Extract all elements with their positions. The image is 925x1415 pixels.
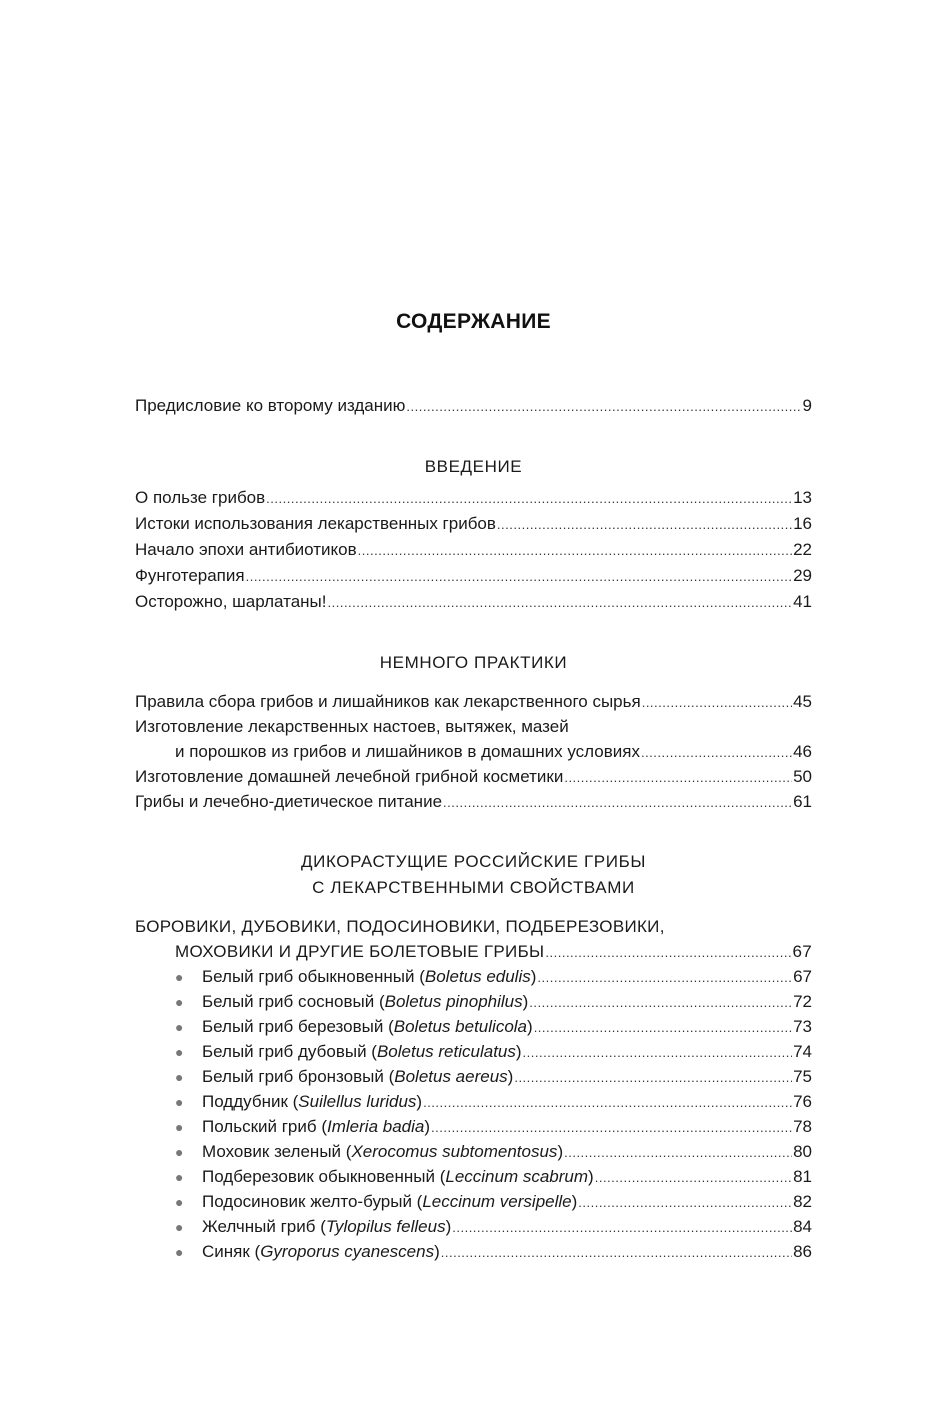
toc-entry-species[interactable]: ●Белый гриб дубовый (Boletus reticulatus… [135,1039,812,1064]
toc-entry-label: ●Синяк (Gyroporus cyanescens) [175,1239,440,1265]
toc-entry-page: 82 [793,1189,812,1214]
toc-entry[interactable]: Истоки использования лекарственных грибо… [135,511,812,536]
toc-entry-species[interactable]: ●Поддубник (Suilellus luridus)76 [135,1089,812,1114]
toc-entry[interactable]: О пользе грибов 13 [135,485,812,510]
species-latin-name: Leccinum scabrum [445,1167,588,1186]
dot-leader [523,1040,793,1065]
toc-entry[interactable]: и порошков из грибов и лишайников в дома… [135,739,812,764]
dot-leader [642,690,792,715]
toc-entry-label: ●Польский гриб (Imleria badia) [175,1114,430,1140]
toc-entry-label: Начало эпохи антибиотиков [135,537,357,562]
bullet-icon: ● [175,965,202,990]
dot-leader [529,990,792,1015]
toc-entry-label: Грибы и лечебно-диетическое питание [135,789,442,814]
toc-entry-page: 75 [793,1064,812,1089]
toc-entry-label: ●Белый гриб бронзовый (Boletus aereus) [175,1064,513,1090]
toc-entry-page: 61 [793,789,812,814]
toc-entry-label: ●Белый гриб обыкновенный (Boletus edulis… [175,964,536,990]
species-latin-name: Gyroporus cyanescens [260,1242,434,1261]
species-latin-name: Imleria badia [327,1117,424,1136]
species-latin-name: Boletus aereus [394,1067,507,1086]
dot-leader [246,564,792,589]
species-latin-name: Suilellus luridus [298,1092,416,1111]
dot-leader [406,394,801,419]
toc-entry-label: ●Белый гриб сосновый (Boletus pinophilus… [175,989,528,1015]
species-name: Подберезовик обыкновенный [202,1167,435,1186]
toc-entry-label: и порошков из грибов и лишайников в дома… [175,739,640,764]
bullet-icon: ● [175,1140,202,1165]
toc-entry-label: ●Поддубник (Suilellus luridus) [175,1089,422,1115]
toc-entry-page: 86 [793,1239,812,1264]
toc-entry-species[interactable]: ●Подберезовик обыкновенный (Leccinum sca… [135,1164,812,1189]
dot-leader [328,590,793,615]
section-heading-wild-line2: С ЛЕКАРСТВЕННЫМИ СВОЙСТВАМИ [135,875,812,901]
species-name: Белый гриб бронзовый [202,1067,384,1086]
toc-entry-group[interactable]: МОХОВИКИ И ДРУГИЕ БОЛЕТОВЫЕ ГРИБЫ 67 [135,939,812,964]
toc-entry-species[interactable]: ●Белый гриб обыкновенный (Boletus edulis… [135,964,812,989]
toc-entry-page: 73 [793,1014,812,1039]
toc-entry-page: 29 [793,563,812,588]
toc-entry-label: Истоки использования лекарственных грибо… [135,511,496,536]
toc-entry-page: 45 [793,689,812,714]
section-heading-intro: ВВЕДЕНИЕ [135,454,812,480]
toc-entry[interactable]: Начало эпохи антибиотиков 22 [135,537,812,562]
toc-entry-species[interactable]: ●Желчный гриб (Tylopilus felleus)84 [135,1214,812,1239]
toc-entry-label: О пользе грибов [135,485,265,510]
bullet-icon: ● [175,1215,202,1240]
toc-entry-label: ●Подосиновик желто-бурый (Leccinum versi… [175,1189,577,1215]
toc-entry-label: Изготовление домашней лечебной грибной к… [135,764,563,789]
toc-entry-page: 16 [793,511,812,536]
toc-entry-species[interactable]: ●Польский гриб (Imleria badia)78 [135,1114,812,1139]
species-name: Поддубник [202,1092,288,1111]
toc-entry-label: ●Моховик зеленый (Xerocomus subtomentosu… [175,1139,563,1165]
species-name: Белый гриб сосновый [202,992,374,1011]
toc-entry-species[interactable]: ●Синяк (Gyroporus cyanescens)86 [135,1239,812,1264]
toc-entry-label: Правила сбора грибов и лишайников как ле… [135,689,641,714]
toc-entry-page: 13 [793,485,812,510]
toc-entry-label: Осторожно, шарлатаны! [135,589,327,614]
toc-entry-label-line1[interactable]: Изготовление лекарственных настоев, вытя… [135,714,569,739]
section-heading-wild-line1: ДИКОРАСТУЩИЕ РОССИЙСКИЕ ГРИБЫ [135,849,812,875]
dot-leader [534,1015,792,1040]
species-name: Моховик зеленый [202,1142,341,1161]
toc-entry-page: 41 [793,589,812,614]
species-name: Белый гриб дубовый [202,1042,367,1061]
toc-entry-species[interactable]: ●Белый гриб сосновый (Boletus pinophilus… [135,989,812,1014]
dot-leader [595,1165,792,1190]
toc-entry-page: 74 [793,1039,812,1064]
bullet-icon: ● [175,1190,202,1215]
toc-entry-page: 50 [793,764,812,789]
dot-leader [431,1115,792,1140]
toc-entry[interactable]: Фунготерапия 29 [135,563,812,588]
dot-leader [358,538,792,563]
dot-leader [443,790,792,815]
species-latin-name: Boletus reticulatus [377,1042,516,1061]
bullet-icon: ● [175,1040,202,1065]
toc-entry-preface[interactable]: Предисловие ко второму изданию 9 [135,393,812,418]
species-name: Подосиновик желто-бурый [202,1192,412,1211]
dot-leader [266,486,792,511]
bullet-icon: ● [175,1165,202,1190]
toc-entry[interactable]: Осторожно, шарлатаны! 41 [135,589,812,614]
species-latin-name: Boletus betulicola [394,1017,527,1036]
toc-entry[interactable]: Изготовление домашней лечебной грибной к… [135,764,812,789]
bullet-icon: ● [175,1015,202,1040]
species-latin-name: Xerocomus subtomentosus [351,1142,557,1161]
toc-entry-page: 72 [793,989,812,1014]
dot-leader [441,1240,792,1265]
toc-entry-species[interactable]: ●Белый гриб бронзовый (Boletus aereus)75 [135,1064,812,1089]
dot-leader [545,940,791,965]
toc-entry-page: 76 [793,1089,812,1114]
dot-leader [641,740,792,765]
dot-leader [514,1065,792,1090]
toc-entry-page: 81 [793,1164,812,1189]
toc-entry-species[interactable]: ●Моховик зеленый (Xerocomus subtomentosu… [135,1139,812,1164]
toc-entry-page: 84 [793,1214,812,1239]
toc-entry-page: 9 [803,393,812,418]
toc-entry-page: 80 [793,1139,812,1164]
toc-entry-label: Фунготерапия [135,563,245,588]
dot-leader [564,765,792,790]
species-latin-name: Tylopilus felleus [326,1217,446,1236]
toc-entry-page: 22 [793,537,812,562]
species-latin-name: Boletus pinophilus [385,992,523,1011]
species-name: Белый гриб березовый [202,1017,383,1036]
bullet-icon: ● [175,1240,202,1265]
dot-leader [537,965,792,990]
toc-entry[interactable]: Правила сбора грибов и лишайников как ле… [135,689,812,714]
dot-leader [423,1090,792,1115]
species-latin-name: Boletus edulis [425,967,531,986]
page-title: СОДЕРЖАНИЕ [135,310,812,334]
dot-leader [497,512,792,537]
dot-leader [452,1215,792,1240]
toc-entry-label: ●Желчный гриб (Tylopilus felleus) [175,1214,451,1240]
species-name: Белый гриб обыкновенный [202,967,415,986]
toc-entry-species[interactable]: ●Белый гриб березовый (Boletus betulicol… [135,1014,812,1039]
group-heading-line1[interactable]: БОРОВИКИ, ДУБОВИКИ, ПОДОСИНОВИКИ, ПОДБЕР… [135,914,665,939]
species-latin-name: Leccinum versipelle [422,1192,571,1211]
toc-entry[interactable]: Грибы и лечебно-диетическое питание 61 [135,789,812,814]
species-name: Синяк [202,1242,250,1261]
dot-leader [578,1190,792,1215]
bullet-icon: ● [175,1090,202,1115]
species-name: Желчный гриб [202,1217,316,1236]
toc-entry-page: 67 [792,939,812,964]
toc-entry-label: ●Белый гриб березовый (Boletus betulicol… [175,1014,533,1040]
bullet-icon: ● [175,1065,202,1090]
toc-entry-species[interactable]: ●Подосиновик желто-бурый (Leccinum versi… [135,1189,812,1214]
section-heading-practice: НЕМНОГО ПРАКТИКИ [135,650,812,676]
species-name: Польский гриб [202,1117,317,1136]
toc-entry-label: Предисловие ко второму изданию [135,393,405,418]
toc-entry-label: МОХОВИКИ И ДРУГИЕ БОЛЕТОВЫЕ ГРИБЫ [175,939,544,964]
toc-entry-page: 78 [793,1114,812,1139]
bullet-icon: ● [175,1115,202,1140]
toc-entry-label: ●Белый гриб дубовый (Boletus reticulatus… [175,1039,522,1065]
bullet-icon: ● [175,990,202,1015]
toc-entry-page: 46 [793,739,812,764]
toc-entry-label: ●Подберезовик обыкновенный (Leccinum sca… [175,1164,594,1190]
toc-entry-page: 67 [793,964,812,989]
dot-leader [564,1140,792,1165]
